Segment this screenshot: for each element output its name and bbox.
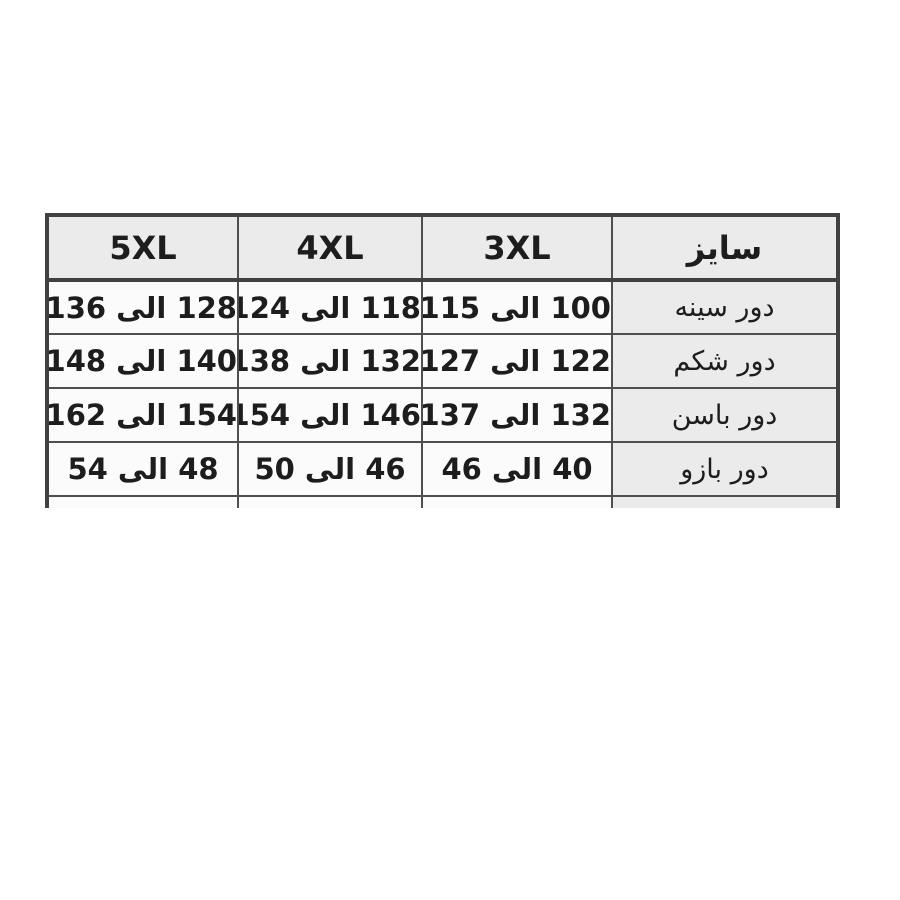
table-row-truncated <box>47 496 838 508</box>
arm-5xl-value: 48 الی 54 <box>47 442 238 496</box>
size-chart-clip: سایز 3XL 4XL 5XL دور سینه 100 الی 115 11… <box>45 213 840 508</box>
chest-5xl-value: 128 الی 136 <box>47 280 238 334</box>
arm-3xl-value: 40 الی 46 <box>422 442 612 496</box>
chest-4xl-value: 118 الی 124 <box>238 280 422 334</box>
truncated-3xl-value <box>422 496 612 508</box>
hip-4xl-value: 146 الی 154 <box>238 388 422 442</box>
row-label-truncated <box>612 496 838 508</box>
row-label-belly: دور شکم <box>612 334 838 388</box>
header-row: سایز 3XL 4XL 5XL <box>47 215 838 280</box>
belly-3xl-value: 122 الی 127 <box>422 334 612 388</box>
row-label-chest: دور سینه <box>612 280 838 334</box>
belly-5xl-value: 140 الی 148 <box>47 334 238 388</box>
arm-4xl-value: 46 الی 50 <box>238 442 422 496</box>
header-cell-3xl: 3XL <box>422 215 612 280</box>
hip-5xl-value: 154 الی 162 <box>47 388 238 442</box>
header-cell-5xl: 5XL <box>47 215 238 280</box>
hip-3xl-value: 132 الی 137 <box>422 388 612 442</box>
table-row-chest: دور سینه 100 الی 115 118 الی 124 128 الی… <box>47 280 838 334</box>
header-cell-size: سایز <box>612 215 838 280</box>
table-row-hip: دور باسن 132 الی 137 146 الی 154 154 الی… <box>47 388 838 442</box>
truncated-5xl-value <box>47 496 238 508</box>
row-label-hip: دور باسن <box>612 388 838 442</box>
table-row-belly: دور شکم 122 الی 127 132 الی 138 140 الی … <box>47 334 838 388</box>
chest-3xl-value: 100 الی 115 <box>422 280 612 334</box>
belly-4xl-value: 132 الی 138 <box>238 334 422 388</box>
size-chart-table: سایز 3XL 4XL 5XL دور سینه 100 الی 115 11… <box>45 213 840 508</box>
truncated-4xl-value <box>238 496 422 508</box>
row-label-arm: دور بازو <box>612 442 838 496</box>
header-cell-4xl: 4XL <box>238 215 422 280</box>
table-row-arm: دور بازو 40 الی 46 46 الی 50 48 الی 54 <box>47 442 838 496</box>
